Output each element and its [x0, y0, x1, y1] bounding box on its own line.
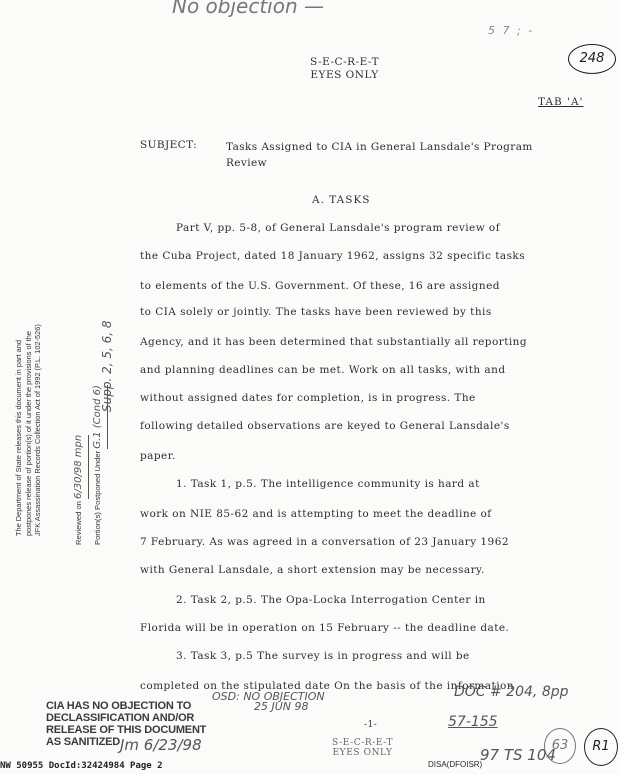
handwritten-doc-number: DOC # 204, 8pp: [454, 684, 569, 700]
handwritten-reference: 57-155: [448, 714, 498, 730]
cia-stamp-line: DECLASSIFICATION AND/OR: [46, 712, 206, 724]
body-line: Agency, and it has been determined that …: [140, 336, 527, 348]
body-line: 3. Task 3, p.5 The survey is in progress…: [176, 650, 470, 662]
body-line: and planning deadlines can be met. Work …: [140, 364, 506, 376]
classification-secret: S-E-C-R-E-T: [310, 56, 379, 69]
reviewed-on-value: 6/30/98 mpn: [70, 435, 89, 499]
body-line: Florida will be in operation on 15 Febru…: [140, 622, 509, 634]
body-line: following detailed observations are keye…: [140, 420, 510, 432]
reviewed-on-row: Reviewed on 6/30/98 mpn: [70, 385, 89, 545]
body-line: to elements of the U.S. Government. Of t…: [140, 280, 500, 292]
osd-no-objection-note: OSD: NO OBJECTION 25 JUN 98: [212, 692, 325, 712]
osd-date: 25 JUN 98: [212, 702, 325, 712]
body-line: 2. Task 2, p.5. The Opa-Locka Interrogat…: [176, 594, 486, 606]
section-heading: A. TASKS: [312, 194, 371, 206]
body-line: with General Lansdale, a short extension…: [140, 564, 485, 576]
circled-63: 63: [544, 728, 576, 764]
body-line: to CIA solely or jointly. The tasks have…: [140, 306, 492, 318]
body-line: Part V, pp. 5-8, of General Lansdale's p…: [176, 222, 500, 234]
page-number: -1-: [364, 720, 377, 730]
body-line: 7 February. As was agreed in a conversat…: [140, 536, 509, 548]
classification-header: S-E-C-R-E-T EYES ONLY: [310, 56, 379, 82]
body-line: work on NIE 85-62 and is attempting to m…: [140, 508, 492, 520]
body-line: without assigned dates for completion, i…: [140, 392, 476, 404]
circled-page-number: 248: [568, 44, 616, 74]
document-id: NW 50955 DocId:32424984 Page 2: [0, 761, 163, 771]
reviewed-on-label: Reviewed on: [74, 501, 83, 545]
cia-stamp-line: RELEASE OF THIS DOCUMENT: [46, 724, 206, 736]
body-line: the Cuba Project, dated 18 January 1962,…: [140, 250, 525, 262]
tab-label: TAB 'A': [538, 96, 583, 108]
postponed-label: Portion(s) Postponed Under: [93, 451, 102, 545]
release-stamp-text: The Department of State releases this do…: [14, 316, 43, 536]
circled-r1: R1: [584, 728, 618, 766]
cia-stamp-line: CIA HAS NO OBJECTION TO: [46, 700, 206, 712]
classification-secret: S-E-C-R-E-T: [332, 738, 393, 748]
disa-label: DISA(DFOISR): [428, 760, 482, 769]
body-line: paper.: [140, 450, 176, 462]
body-line: 1. Task 1, p.5. The intelligence communi…: [176, 478, 480, 490]
subject-text: Tasks Assigned to CIA in General Lansdal…: [226, 139, 571, 171]
classification-eyes-only: EYES ONLY: [310, 69, 379, 82]
classification-footer: S-E-C-R-E-T EYES ONLY: [332, 738, 393, 758]
cia-initials-date: Jm 6/23/98: [120, 736, 202, 754]
classification-eyes-only: EYES ONLY: [332, 748, 393, 758]
postponed-supp-value: Supp. 2, 5, 6, 8: [100, 320, 114, 412]
subject-label: SUBJECT:: [140, 139, 197, 151]
handwritten-marks: 5 7 ; -: [488, 24, 534, 37]
handwritten-no-objection: No objection —: [172, 0, 324, 18]
document-page: No objection — S-E-C-R-E-T EYES ONLY 5 7…: [0, 0, 620, 774]
